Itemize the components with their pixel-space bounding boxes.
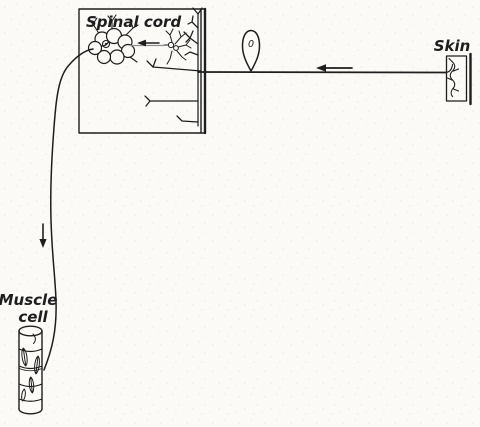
skin-label: Skin bbox=[434, 37, 471, 55]
motor-neuron-soma-lobe bbox=[89, 42, 102, 55]
muscle-cell bbox=[19, 326, 42, 414]
motor-neuron-nucleolus bbox=[105, 43, 107, 45]
muscle-cell-label-line2: cell bbox=[18, 308, 48, 326]
reflex-arc-diagram: Spinal cord bbox=[0, 0, 480, 427]
motor-neuron-soma-lobe bbox=[110, 50, 124, 64]
sensory-nerve-fiber bbox=[198, 72, 446, 73]
spinal-cord-label: Spinal cord bbox=[86, 13, 181, 31]
ganglion-nucleus-label: 0 bbox=[248, 39, 254, 50]
interneuron-soma bbox=[168, 42, 173, 47]
paper-texture bbox=[0, 0, 480, 427]
interneuron-soma bbox=[174, 46, 179, 51]
muscle-cell-label-line1: Muscle bbox=[0, 291, 57, 309]
reflex-arc-figure: Spinal cord bbox=[0, 0, 480, 427]
